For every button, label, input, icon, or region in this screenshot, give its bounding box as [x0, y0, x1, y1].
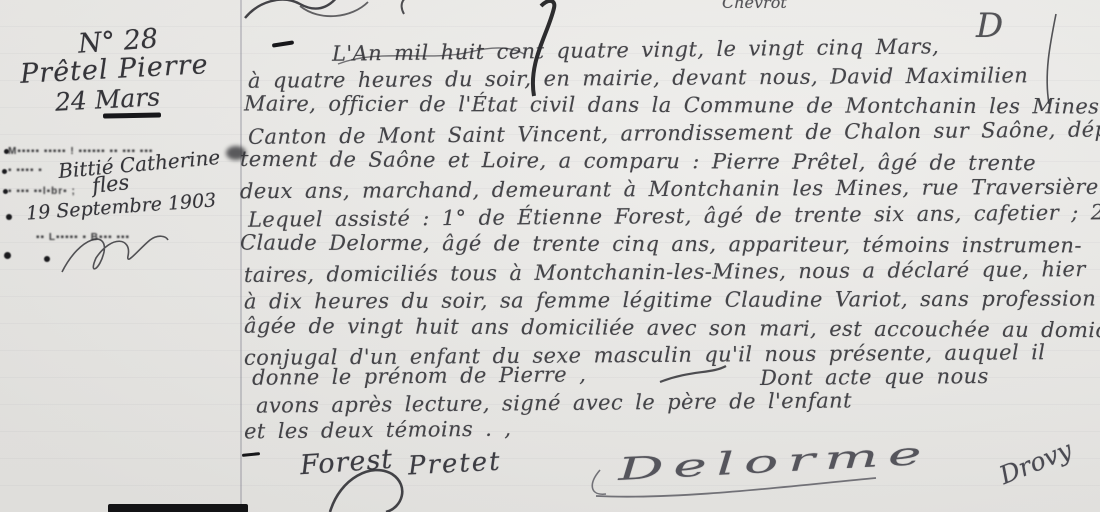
act-body-line: âgée de vingt huit ans domiciliée avec s… [244, 314, 1100, 343]
act-body-line: avons après lecture, signé avec le père … [256, 388, 852, 417]
stamp-dot [3, 189, 8, 194]
previous-act-word: Chevrot [722, 0, 787, 12]
act-date: 24 Mars [54, 82, 160, 116]
act-body-line: tement de Saône et Loire, a comparu : Pi… [240, 147, 1036, 175]
act-body-line: Lequel assisté : 1° de Étienne Forest, â… [248, 200, 1100, 232]
signature-officer-drovy: Drovy [995, 435, 1076, 490]
act-body-line: à dix heures du soir, sa femme légitime … [244, 287, 1096, 314]
stamp-entry-word: fles [91, 170, 131, 198]
margin-rule-line [240, 0, 242, 512]
act-body-line: Claude Delorme, âgé de trente cinq ans, … [240, 231, 1082, 258]
scan-artifact-bar [108, 504, 248, 512]
act-body-line: L'An mil huit cent quatre vingt, le ving… [332, 34, 939, 65]
act-body-line: donne le prénom de Pierre , [252, 362, 586, 389]
signature-witness-forest: Forest [299, 444, 394, 481]
stamp-dot [6, 214, 12, 220]
register-page-scan: N° 28 Prêtel Pierre 24 Mars M▪▪▪▪▪ ▪▪▪▪▪… [0, 0, 1100, 512]
act-body-line: à quatre heures du soir, en mairie, deva… [248, 63, 1028, 92]
act-body-line: et les deux témoins . , [244, 417, 512, 444]
act-body-line: deux ans, marchand, demeurant à Montchan… [240, 175, 1099, 203]
margin-separator-dash [103, 112, 161, 118]
signature-row-dash [242, 452, 260, 457]
marriage-stamp-line: ▪ ▪▪▪ ▪▪l▪br▪ ; [8, 186, 76, 197]
stamp-dot [4, 252, 11, 259]
signature-father-pretet: Pretet [407, 447, 502, 482]
act-body-line: Maire, officier de l'État civil dans la … [244, 92, 1099, 119]
act-body-line: taires, domiciliés tous à Montchanin-les… [244, 257, 1086, 287]
stamp-dot [44, 256, 50, 262]
marriage-stamp-line: ▪ ▪▪▪▪ ▪ [8, 165, 43, 176]
marriage-stamp-line: ▪▪ L▪▪▪▪▪ ▪ B▪▪▪ ▪▪▪ [36, 232, 130, 243]
act-body-line: Dont acte que nous [760, 364, 989, 390]
stamp-dot [2, 169, 7, 174]
previous-act-letter: D [976, 6, 1003, 46]
signature-witness-delorme: Delorme [617, 436, 932, 488]
stamp-dot [4, 149, 9, 154]
act-body-line: Canton de Mont Saint Vincent, arrondisse… [248, 117, 1100, 149]
paragraph-dash [272, 40, 294, 47]
